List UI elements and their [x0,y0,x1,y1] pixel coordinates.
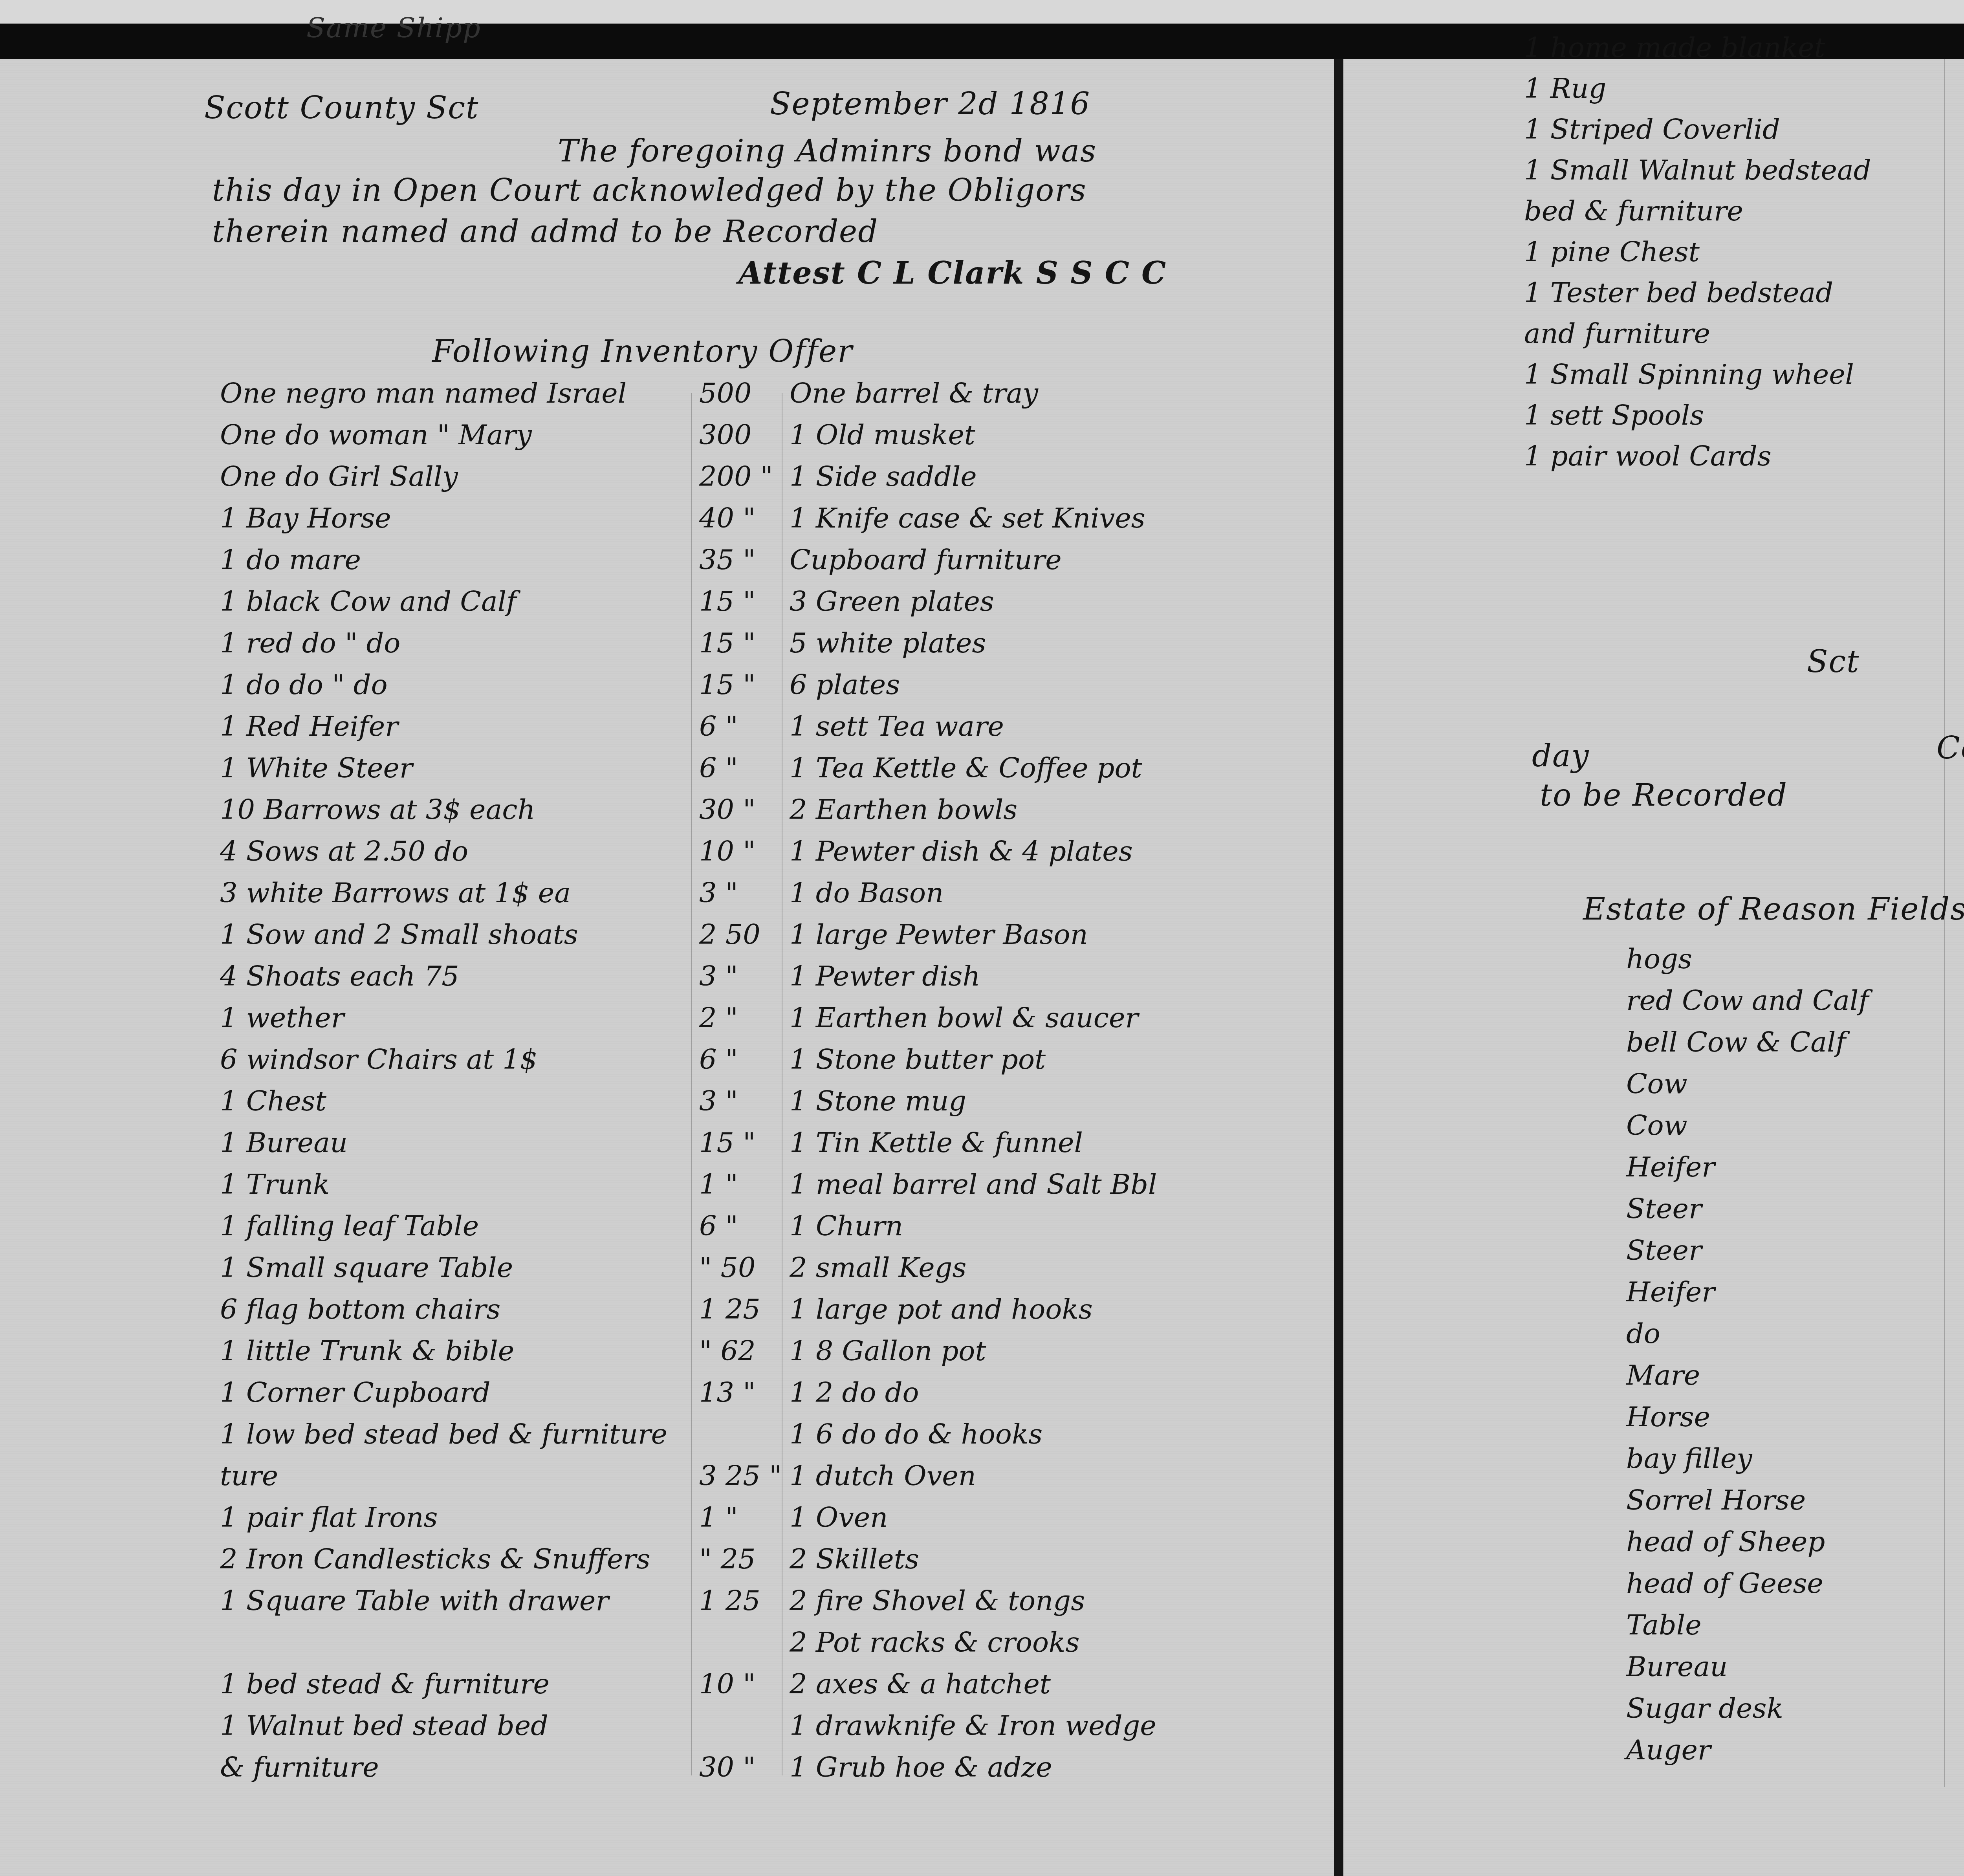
item-description: 1 Rug [1524,72,1606,104]
item-description-2: 1 sett Tea ware [790,710,1004,742]
appraisement-left-1: day [1532,738,1590,774]
previous-page-strip [0,0,1964,24]
item-description: 1 Small Spinning wheel [1524,358,1854,390]
table-row: head of Sheep8"1 Rifle Gun10" [0,1526,1964,1565]
table-row: Heifer3"Bed & furniture2" [0,1276,1964,1315]
item-value: 3 " [699,877,738,909]
item-description-2: 1 Knife case & set Knives [790,502,1145,534]
item-description: bell Cow & Calf [1626,1026,1846,1058]
table-row: 1 Rug1"1 pair drawing chains75 [0,72,1964,112]
item-description: head of Geese [1626,1567,1823,1599]
item-description: 1 red do " do [220,627,400,659]
table-row: red Cow and Calf14"Loom & Gear10" [0,984,1964,1024]
table-row: head of Geese525One Smoothing Iron50 [0,1567,1964,1607]
court-sct: Sct [1807,644,1860,680]
item-description: 1 home made blanket [1524,31,1825,64]
table-row: 1 Red Heifer6 "1 sett Tea ware [0,710,1336,749]
item-description: 1 do mare [220,544,361,576]
item-description: do [1626,1317,1660,1350]
item-description: Sugar desk [1626,1692,1783,1724]
table-row: bell Cow & Calf1325One big wheel1" [0,1026,1964,1065]
item-description: 1 sett Spools [1524,399,1704,431]
table-row: Sorrel Horse15"Five chairs125 [0,1484,1964,1523]
table-row: and furniture10"1 Shovel plough & harnes… [0,317,1964,357]
item-value: 6 " [699,710,738,742]
table-row: Table125One Tea Kettle250 [0,1609,1964,1648]
table-row: Bureau18"Cupboard ware4" [0,1651,1964,1690]
table-row: 1 Striped Coverlid1"1 Sickle50 [0,113,1964,152]
table-row: 1 Small Walnut bedstead""2 weeding hoes [0,154,1964,193]
item-value: 35 " [699,544,756,576]
table-row: do650Bed & bedstead20" [0,1317,1964,1357]
item-description: 1 pine Chest [1524,236,1700,268]
item-description: hogs [1626,943,1692,975]
item-description: Sorrel Horse [1626,1484,1806,1516]
table-row: 1 do mare35 "Cupboard furniture [0,544,1336,583]
table-row: Cow10"One bed stead2" [0,1109,1964,1149]
table-row: bay filley15"One do do2" [0,1442,1964,1482]
appraisement-left-2: to be Recorded [1540,778,1788,813]
item-value: 6 " [699,752,738,784]
item-description: Bureau [1626,1651,1728,1683]
table-row: 1 do do " do15 "6 plates [0,669,1336,708]
item-description: Table [1626,1609,1702,1641]
item-description-2: 1 Tea Kettle & Coffee pot [790,752,1142,784]
item-description: 4 Sows at 2.50 do [220,835,468,867]
table-row: 1 black Cow and Calf15 "3 Green plates [0,585,1336,625]
table-row: 10 Barrows at 3$ each30 "2 Earthen bowls [0,793,1336,833]
item-description: 3 white Barrows at 1$ ea [220,877,571,909]
table-row: 1 Small Spinning wheel1501 barrel 1 tray… [0,358,1964,398]
table-row: Horse30"One little wheel3" [0,1401,1964,1440]
item-description: 1 Red Heifer [220,710,398,742]
table-row: Sugar desk5"Pewter valued at4" [0,1692,1964,1731]
item-description: bed & furniture [1524,195,1743,227]
appraisement-line-2: Court by the Commissioners and admd [1937,731,1964,766]
item-description: Heifer [1626,1151,1715,1183]
table-row: 3 white Barrows at 1$ ea3 "1 do Bason [0,877,1336,916]
table-row: 1 pine Chest251 barshare plough clevis a… [0,236,1964,275]
item-description: 1 black Cow and Calf [220,585,517,617]
table-row: 1 red do " do15 "5 white plates [0,627,1336,666]
item-value: 15 " [699,669,756,701]
table-row: 1 Bay Horse40 "1 Knife case & set Knives [0,502,1336,541]
item-description: Cow [1626,1109,1687,1141]
item-description: Steer [1626,1234,1702,1266]
item-description: 1 pair wool Cards [1524,440,1772,472]
item-description: 1 do do " do [220,669,388,701]
item-description-2: 2 Earthen bowls [790,793,1017,826]
table-row: Auger"75 [0,1734,1964,1773]
item-description: Cow [1626,1068,1687,1100]
table-row: Heifer9"Some Barrels150 [0,1151,1964,1190]
item-description-2: 1 do Bason [790,877,944,909]
item-description: Auger [1626,1734,1711,1766]
item-description: red Cow and Calf [1626,984,1869,1017]
item-value: 30 " [699,793,756,826]
item-description: Steer [1626,1193,1702,1225]
table-row: Cow12"Bed & furniture16" [0,1068,1964,1107]
item-value: 40 " [699,502,756,534]
table-row: 1 White Steer6 "1 Tea Kettle & Coffee po… [0,752,1336,791]
table-row: 1 pair wool Cards"251 [0,440,1964,479]
table-row: 1 home made blanket31 [0,31,1964,71]
item-description-2: 5 white plates [790,627,986,659]
item-description: 10 Barrows at 3$ each [220,793,535,826]
item-description: Heifer [1626,1276,1715,1308]
item-description: 1 Striped Coverlid [1524,113,1780,145]
item-description: Mare [1626,1359,1700,1391]
item-description-2: 6 plates [790,669,900,701]
item-description: head of Sheep [1626,1526,1825,1558]
item-description: Horse [1626,1401,1710,1433]
item-description: and furniture [1524,317,1710,350]
item-description: 1 Tester bed bedstead [1524,277,1833,309]
table-row: Mare25"Bed & bedstead & furniture3" [0,1359,1964,1398]
item-description-2: 3 Green plates [790,585,994,617]
table-row: bed & furniture10"1 washing tub [0,195,1964,234]
table-row: hogs45"Coopers ware2" [0,943,1964,982]
item-description: 1 White Steer [220,752,412,784]
table-row: Steer4"Bed & Bedstead &c18" [0,1234,1964,1273]
item-description: bay filley [1626,1442,1752,1475]
item-description: 1 Bay Horse [220,502,391,534]
item-value: 10 " [699,835,756,867]
table-row: Steer6"Plough Clevises4" [0,1193,1964,1232]
estate-title: Estate of Reason Fields decd [1583,892,1964,927]
table-row: 4 Sows at 2.50 do10 "1 Pewter dish & 4 p… [0,835,1336,874]
item-description-2: Cupboard furniture [790,544,1062,576]
item-description-2: 1 Pewter dish & 4 plates [790,835,1133,867]
table-row: 1 sett Spools"501 Loom 3 Reeds two [0,399,1964,438]
table-row: 1 Tester bed bedstead""Swingle tree [0,277,1964,316]
item-value: 15 " [699,585,756,617]
item-value: 15 " [699,627,756,659]
item-description: 1 Small Walnut bedstead [1524,154,1871,186]
